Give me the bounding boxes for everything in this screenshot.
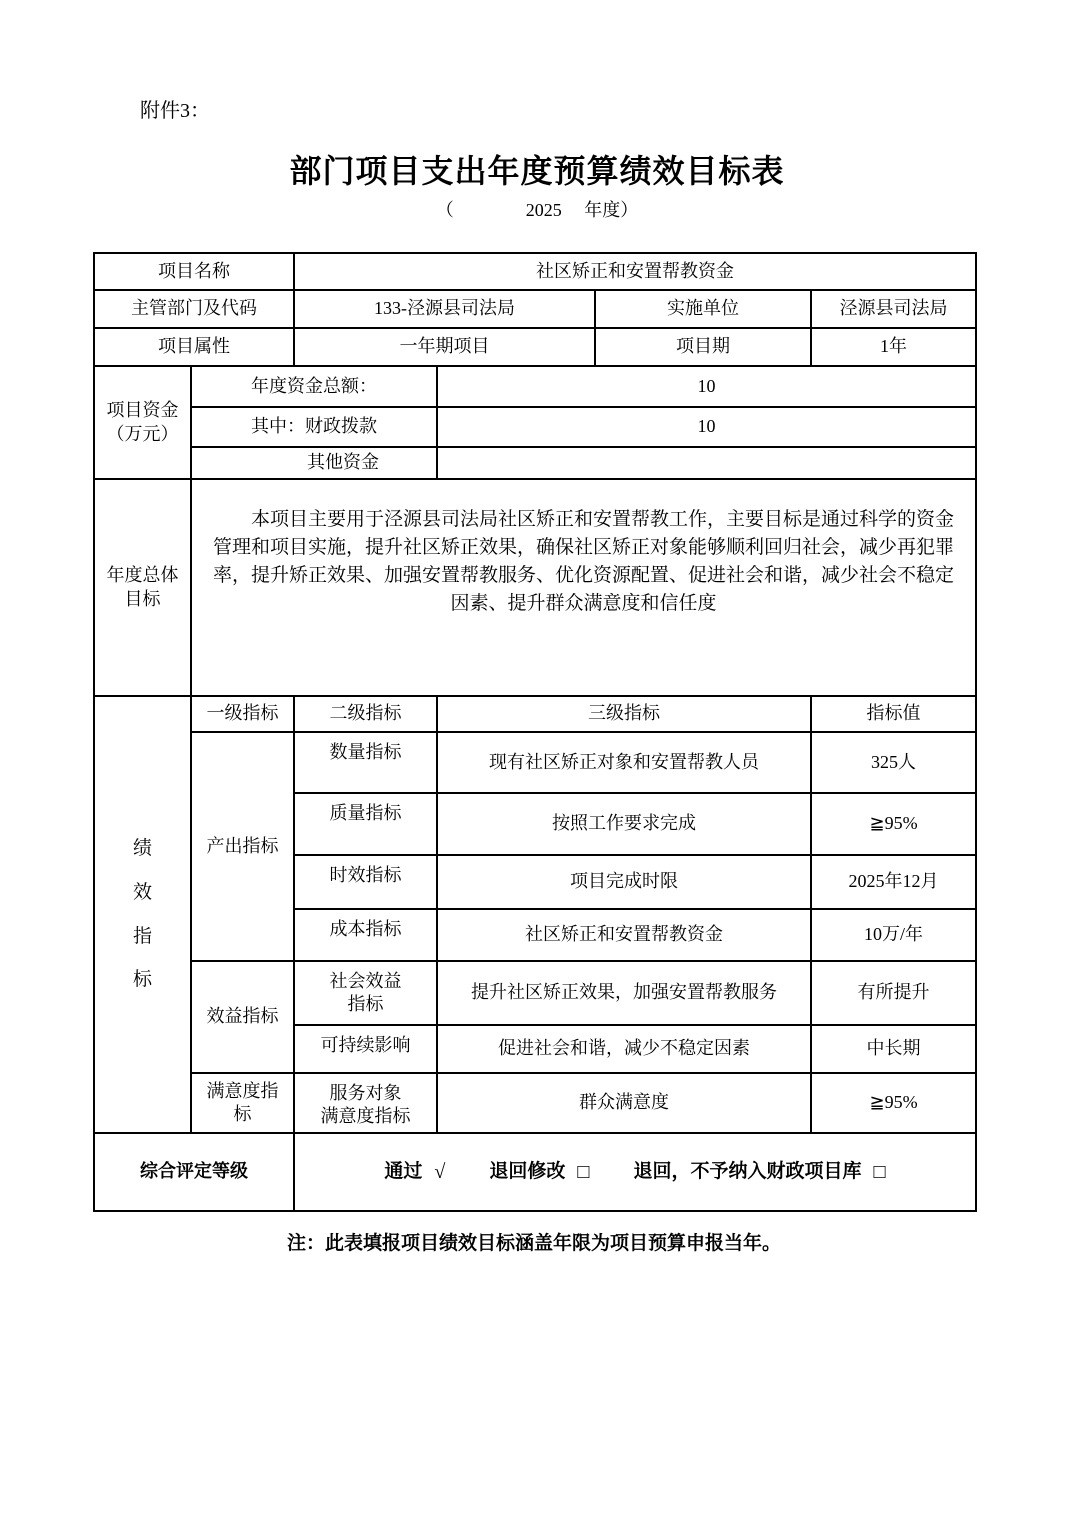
pass-check-mark: √	[434, 1159, 445, 1185]
footnote: 注：此表填报项目绩效目标涵盖年限为项目预算申报当年。	[93, 1228, 975, 1255]
option-pass-label: 通过	[384, 1160, 422, 1185]
header-value: 指标值	[811, 696, 976, 732]
indicator-header-row: 绩 效 指 标 一级指标 二级指标 三级指标 指标值	[94, 696, 976, 732]
level3-sustainability: 促进社会和谐，减少不稳定因素	[437, 1025, 811, 1073]
attachment-label: 附件3：	[140, 94, 210, 123]
annual-goal-row: 年度总体 目标 本项目主要用于泾源县司法局社区矫正和安置帮教工作，主要目标是通过…	[94, 479, 976, 696]
performance-target-table: 项目名称 社区矫正和安置帮教资金 主管部门及代码 133-泾源县司法局 实施单位…	[93, 252, 977, 1212]
quantity-indicator-row: 产出指标 数量指标 现有社区矫正对象和安置帮教人员 325人	[94, 732, 976, 793]
level3-cost: 社区矫正和安置帮教资金	[437, 909, 811, 961]
rating-row: 综合评定等级 通过 √ 退回修改 □ 退回，不予纳入财政项目库 □	[94, 1133, 976, 1211]
option-reject: 退回，不予纳入财政项目库 □	[634, 1159, 886, 1185]
level2-social-benefit: 社会效益 指标	[294, 961, 437, 1025]
return-revise-checkbox-icon: □	[577, 1159, 589, 1185]
performance-side-label: 绩 效 指 标	[94, 696, 191, 1133]
value-quantity: 325人	[811, 732, 976, 793]
option-return-revise-label: 退回修改	[489, 1160, 565, 1185]
project-attr-label: 项目属性	[94, 328, 294, 366]
level2-service-satisfaction: 服务对象 满意度指标	[294, 1073, 437, 1133]
level2-cost: 成本指标	[294, 909, 437, 961]
value-social-benefit: 有所提升	[811, 961, 976, 1025]
option-reject-label: 退回，不予纳入财政项目库	[634, 1160, 862, 1185]
level3-quality: 按照工作要求完成	[437, 793, 811, 855]
value-timeliness: 2025年12月	[811, 855, 976, 909]
project-name-label: 项目名称	[94, 253, 294, 290]
social-benefit-row: 效益指标 社会效益 指标 提升社区矫正效果，加强安置帮教服务 有所提升	[94, 961, 976, 1025]
page-subtitle: （ 2025 年度）	[0, 196, 1074, 222]
rating-options: 通过 √ 退回修改 □ 退回，不予纳入财政项目库 □	[301, 1159, 969, 1185]
document-page: 附件3： 部门项目支出年度预算绩效目标表 （ 2025 年度） 项目名称 社区矫…	[0, 0, 1074, 1520]
rating-options-cell: 通过 √ 退回修改 □ 退回，不予纳入财政项目库 □	[294, 1133, 976, 1211]
level2-sustainability: 可持续影响	[294, 1025, 437, 1073]
funding-total-label: 年度资金总额：	[191, 366, 437, 407]
funding-other-label: 其他资金	[191, 447, 437, 479]
level1-benefit-indicator: 效益指标	[191, 961, 294, 1073]
project-attr-value: 一年期项目	[294, 328, 595, 366]
level2-timeliness: 时效指标	[294, 855, 437, 909]
level1-output-indicator: 产出指标	[191, 732, 294, 961]
annual-goal-cell: 本项目主要用于泾源县司法局社区矫正和安置帮教工作，主要目标是通过科学的资金管理和…	[191, 479, 976, 696]
header-level1: 一级指标	[191, 696, 294, 732]
project-name-row: 项目名称 社区矫正和安置帮教资金	[94, 253, 976, 290]
project-name-value: 社区矫正和安置帮教资金	[294, 253, 976, 290]
satisfaction-row: 满意度指 标 服务对象 满意度指标 群众满意度 ≧95%	[94, 1073, 976, 1133]
level3-social-benefit: 提升社区矫正效果，加强安置帮教服务	[437, 961, 811, 1025]
value-sustainability: 中长期	[811, 1025, 976, 1073]
funding-total-value: 10	[437, 366, 976, 407]
dept-code-label: 主管部门及代码	[94, 290, 294, 328]
level1-satisfaction-indicator: 满意度指 标	[191, 1073, 294, 1133]
annual-goal-text: 本项目主要用于泾源县司法局社区矫正和安置帮教工作，主要目标是通过科学的资金管理和…	[206, 506, 961, 618]
funding-fiscal-row: 其中：财政拨款 10	[94, 407, 976, 447]
attr-row: 项目属性 一年期项目 项目期 1年	[94, 328, 976, 366]
header-level2: 二级指标	[294, 696, 437, 732]
funding-fiscal-value: 10	[437, 407, 976, 447]
level3-timeliness: 项目完成时限	[437, 855, 811, 909]
project-period-label: 项目期	[595, 328, 811, 366]
annual-goal-label: 年度总体 目标	[94, 479, 191, 696]
funding-other-row: 其他资金	[94, 447, 976, 479]
level2-quality: 质量指标	[294, 793, 437, 855]
option-pass: 通过 √	[384, 1159, 445, 1185]
level2-quantity: 数量指标	[294, 732, 437, 793]
header-level3: 三级指标	[437, 696, 811, 732]
value-service-satisfaction: ≧95%	[811, 1073, 976, 1133]
rating-label: 综合评定等级	[94, 1133, 294, 1211]
funding-label: 项目资金 （万元）	[94, 366, 191, 479]
funding-total-row: 项目资金 （万元） 年度资金总额： 10	[94, 366, 976, 407]
funding-other-value	[437, 447, 976, 479]
level3-quantity: 现有社区矫正对象和安置帮教人员	[437, 732, 811, 793]
page-title: 部门项目支出年度预算绩效目标表	[0, 146, 1074, 192]
value-cost: 10万/年	[811, 909, 976, 961]
option-return-revise: 退回修改 □	[489, 1159, 589, 1185]
dept-code-value: 133-泾源县司法局	[294, 290, 595, 328]
level3-service-satisfaction: 群众满意度	[437, 1073, 811, 1133]
impl-unit-label: 实施单位	[595, 290, 811, 328]
reject-checkbox-icon: □	[874, 1159, 886, 1185]
dept-row: 主管部门及代码 133-泾源县司法局 实施单位 泾源县司法局	[94, 290, 976, 328]
project-period-value: 1年	[811, 328, 976, 366]
value-quality: ≧95%	[811, 793, 976, 855]
funding-fiscal-label: 其中：财政拨款	[191, 407, 437, 447]
impl-unit-value: 泾源县司法局	[811, 290, 976, 328]
